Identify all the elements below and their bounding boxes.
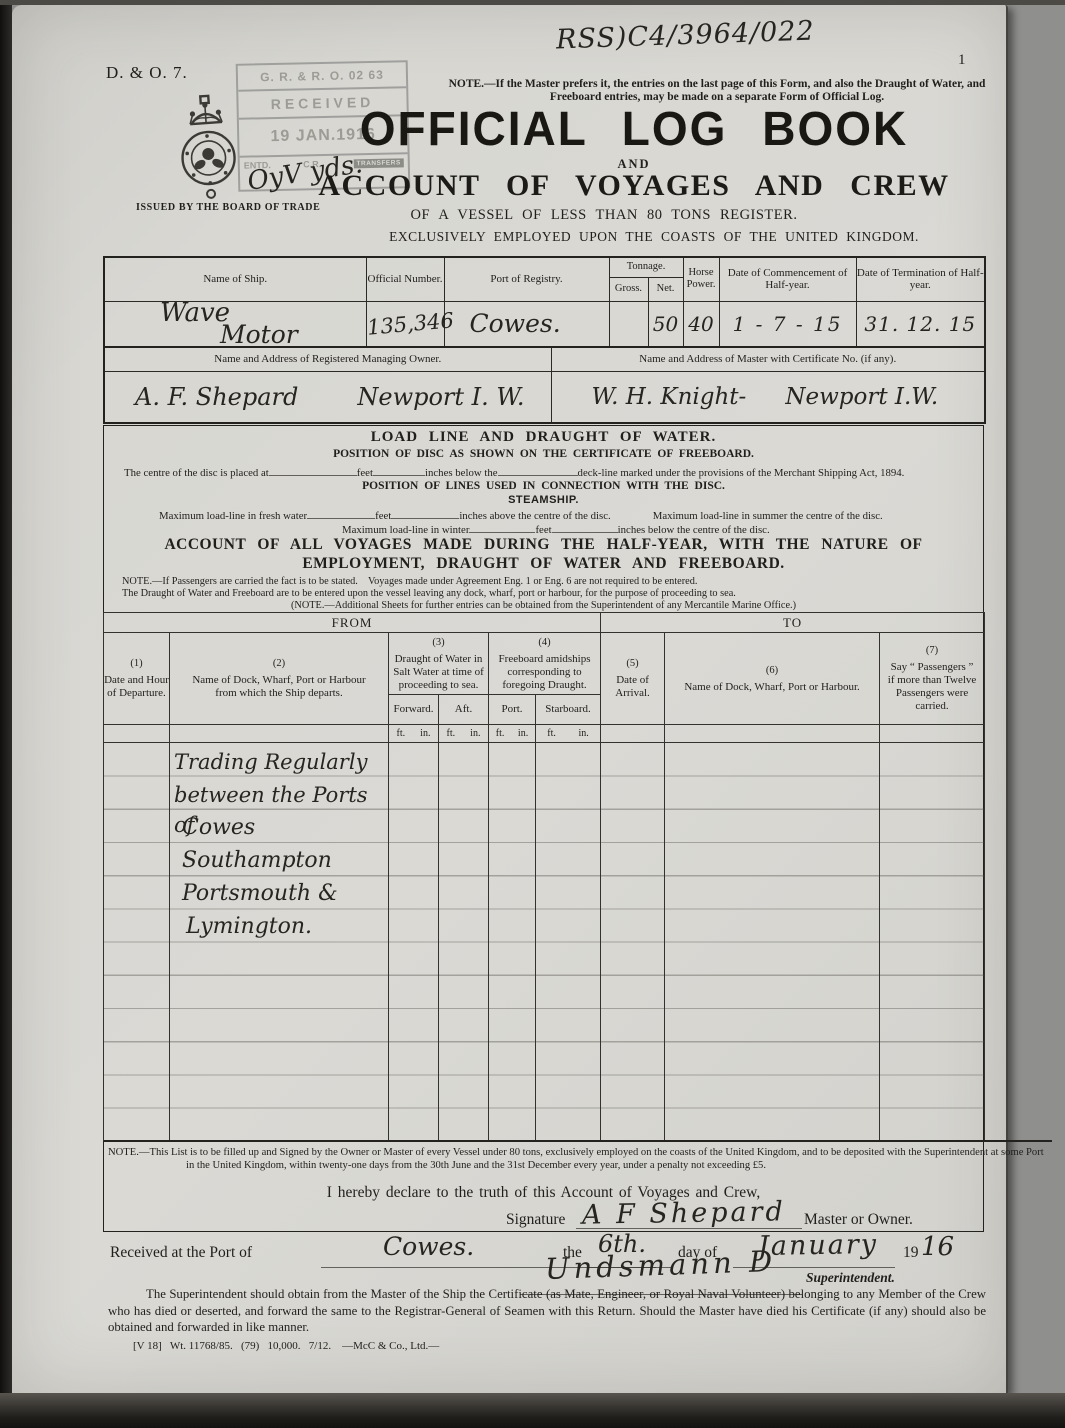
year-written: 16	[921, 1232, 954, 1262]
hdr-date-termination: Date of Termination of Half-year.	[856, 257, 985, 301]
col6-num: (6)	[665, 664, 879, 677]
blank-fresh-inches	[391, 507, 459, 519]
body-starboard	[536, 743, 601, 1141]
date-termination-value: 31. 12. 15	[864, 312, 976, 336]
body-port	[489, 743, 536, 1141]
scan-edge-top	[0, 0, 1065, 5]
master-owner-label: Master or Owner.	[804, 1211, 913, 1229]
body-col2-entry: Trading Regularly between the Ports of C…	[170, 743, 389, 1141]
account-note3: (NOTE.—Additional Sheets for further ent…	[104, 600, 983, 611]
port-header: Port.	[489, 695, 536, 725]
value-port-of-registry: Cowes.	[444, 301, 609, 347]
hdr-name-of-ship: Name of Ship.	[104, 257, 366, 301]
col1-label: Date and Hour of Departure.	[104, 674, 169, 699]
col4-header: (4)Freeboard amidships corresponding to …	[489, 633, 601, 695]
ftin-aft: ft.in.	[439, 725, 489, 743]
blank-inches	[373, 464, 425, 476]
ftin-spacer4	[665, 725, 880, 743]
col2-num: (2)	[190, 657, 368, 670]
centre-pre: The centre of the disc is placed at	[124, 467, 269, 479]
value-date-termination: 31. 12. 15	[856, 301, 985, 347]
col1-num: (1)	[104, 657, 169, 670]
subtitle: ACCOUNT OF VOYAGES AND CREW	[258, 169, 1010, 203]
hdr-horse-power: Horse Power.	[683, 257, 719, 301]
page-number: 1	[958, 52, 966, 69]
blank-winter-inches	[552, 521, 618, 533]
col5-header: (5)Date of Arrival.	[601, 633, 665, 725]
loadline-title: LOAD LINE AND DRAUGHT OF WATER.	[104, 429, 983, 446]
blank-fresh-feet	[307, 507, 375, 519]
in-label: in.	[470, 728, 480, 739]
voyage-entry-line: Lymington.	[174, 912, 388, 945]
col3-header: (3)Draught of Water in Salt Water at tim…	[389, 633, 489, 695]
print-footer: [V 18] Wt. 11768/85. (79) 10,000. 7/12. …	[133, 1340, 439, 1352]
voyage-entry-line: between the Ports of	[174, 780, 388, 813]
voyages-section-box: LOAD LINE AND DRAUGHT OF WATER. POSITION…	[103, 425, 984, 1232]
hdr-gross: Gross.	[609, 277, 648, 301]
feet-label: feet	[357, 467, 373, 479]
in-label: in.	[578, 728, 588, 739]
body-col1	[104, 743, 170, 1141]
account-title1: ACCOUNT OF ALL VOYAGES MADE DURING THE H…	[104, 536, 983, 554]
hdr-managing-owner: Name and Address of Registered Managing …	[104, 347, 551, 371]
hdr-master-certificate: Name and Address of Master with Certific…	[551, 347, 985, 371]
col4-label: Freeboard amidships corresponding to for…	[499, 653, 591, 691]
ship-details-table: Name of Ship. Official Number. Port of R…	[103, 256, 986, 348]
col7-header: (7)Say “ Passengers ” if more than Twelv…	[880, 633, 985, 725]
voyage-entry-line: Cowes	[174, 813, 388, 846]
loadline-pos-disc: POSITION OF DISC AS SHOWN ON THE CERTIFI…	[104, 448, 983, 460]
subtitle-line3: EXCLUSIVELY EMPLOYED UPON THE COASTS OF …	[298, 229, 1010, 245]
account-title2: EMPLOYMENT, DRAUGHT OF WATER AND FREEBOA…	[104, 555, 983, 573]
year-printed: 19	[903, 1244, 919, 1262]
superintendent-label: Superintendent.	[806, 1270, 895, 1286]
value-gross-tonnage	[609, 301, 648, 347]
scan-edge-left	[0, 0, 12, 1428]
body-aft	[439, 743, 489, 1141]
ftin-spacer1	[104, 725, 170, 743]
ftin-port: ft.in.	[489, 725, 536, 743]
col2-label: Name of Dock, Wharf, Port or Harbour fro…	[192, 674, 365, 699]
winter-pre: Maximum load-line in winter	[342, 524, 469, 536]
winter-post: inches below the centre of the disc.	[618, 524, 770, 536]
stamp-office-line: G. R. & R. O. 02 63	[238, 62, 407, 92]
body-col6	[665, 743, 880, 1141]
horse-power-value: 40	[688, 312, 713, 336]
starboard-header: Starboard.	[536, 695, 601, 725]
deck-line-label: deck-line marked under the provisions of…	[578, 467, 905, 479]
date-commencement-value: 1 - 7 - 15	[733, 312, 843, 336]
ft-label: ft.	[397, 728, 406, 739]
col7-num: (7)	[886, 644, 978, 657]
in-label: in.	[420, 728, 430, 739]
body-forward	[389, 743, 439, 1141]
owner-master-table: Name and Address of Registered Managing …	[103, 346, 986, 424]
col5-label: Date of Arrival.	[615, 674, 650, 699]
owner-address-value: Newport I. W.	[357, 383, 524, 411]
loadline-centre-line: The centre of the disc is placed at feet…	[124, 464, 904, 479]
ft-label: ft.	[496, 728, 505, 739]
inches-below-label: inches below the	[425, 467, 498, 479]
value-official-number: 135,346	[366, 301, 444, 347]
col4-num: (4)	[489, 636, 600, 649]
received-port-value: Cowes.	[383, 1232, 474, 1261]
received-line: Received at the Port of Cowes. the 6th. …	[103, 1238, 984, 1268]
in-label: in.	[518, 728, 528, 739]
voyage-entry-line: Southampton	[174, 846, 388, 879]
port-of-registry-value: Cowes.	[470, 309, 561, 338]
closing-paragraph: The Superintendent should obtain from th…	[108, 1286, 986, 1336]
blank-deckline	[498, 464, 578, 476]
to-header: TO	[601, 613, 985, 633]
loadline-fresh-line: Maximum load-line in fresh water feet in…	[159, 507, 883, 522]
col7-label: Say “ Passengers ” if more than Twelve P…	[888, 661, 977, 712]
hdr-official-number: Official Number.	[366, 257, 444, 301]
aft-header: Aft.	[439, 695, 489, 725]
scan-edge-bottom	[0, 1393, 1065, 1428]
signature-value: A F Shepard	[582, 1196, 786, 1231]
blank-feet	[269, 464, 357, 476]
winter-feet-label: feet	[535, 524, 551, 536]
ftin-spacer3	[601, 725, 665, 743]
body-col5	[601, 743, 665, 1141]
value-horse-power: 40	[683, 301, 719, 347]
board-of-trade-crest-icon	[172, 94, 244, 211]
from-header: FROM	[104, 613, 601, 633]
loadline-pos-lines: POSITION OF LINES USED IN CONNECTION WIT…	[104, 480, 983, 492]
value-date-commencement: 1 - 7 - 15	[719, 301, 856, 347]
net-tonnage-value: 50	[653, 312, 678, 336]
col3-label: Draught of Water in Salt Water at time o…	[393, 653, 484, 691]
steamship-label: STEAMSHIP.	[104, 494, 983, 506]
ftin-spacer5	[880, 725, 985, 743]
blank-winter-feet	[469, 521, 535, 533]
hdr-tonnage: Tonnage.	[609, 257, 683, 277]
value-net-tonnage: 50	[648, 301, 683, 347]
declaration-text: I hereby declare to the truth of this Ac…	[104, 1184, 983, 1202]
ft-label: ft.	[547, 728, 556, 739]
account-note1: NOTE.—If Passengers are carried the fact…	[122, 576, 967, 587]
loadline-winter-line: Maximum load-line in winter feet inches …	[342, 521, 770, 536]
main-title: OFFICIAL LOG BOOK	[278, 100, 990, 157]
forward-header: Forward.	[389, 695, 439, 725]
col5-num: (5)	[601, 657, 664, 670]
owner-name-value: A. F. Shepard	[135, 383, 298, 411]
value-master: W. H. Knight- Newport I.W.	[551, 371, 985, 423]
signature-label: Signature	[506, 1211, 565, 1229]
fresh-pre: Maximum load-line in fresh water	[159, 510, 307, 522]
scanned-log-book-page: D. & O. 7. RSS)C4/3964/022 1 G. R. & R. …	[0, 0, 1065, 1428]
master-name-value: W. H. Knight-	[592, 384, 747, 410]
received-pre: Received at the Port of	[110, 1244, 252, 1262]
hdr-port-of-registry: Port of Registry.	[444, 257, 609, 301]
ftin-starboard: ft.in.	[536, 725, 601, 743]
master-address-value: Newport I.W.	[785, 384, 938, 410]
subtitle-line2: OF A VESSEL OF LESS THAN 80 TONS REGISTE…	[228, 207, 980, 224]
voyage-entry-line: Trading Regularly	[174, 747, 388, 780]
hdr-date-commencement: Date of Commencement of Half-year.	[719, 257, 856, 301]
form-code: D. & O. 7.	[106, 63, 188, 83]
voyage-table: FROM TO (1)Date and Hour of Departure. (…	[103, 612, 985, 1141]
col6-header: (6)Name of Dock, Wharf, Port or Harbour.	[665, 633, 880, 725]
value-owner: A. F. Shepard Newport I. W.	[104, 371, 551, 423]
official-number-value: 135,346	[366, 308, 455, 339]
account-note2: The Draught of Water and Freeboard are t…	[122, 588, 967, 599]
col1-header: (1)Date and Hour of Departure.	[104, 633, 170, 725]
body-col7	[880, 743, 985, 1141]
voyage-entry-line: Portsmouth &	[174, 879, 388, 912]
ft-label: ft.	[447, 728, 456, 739]
header-note-line1: NOTE.—If the Master prefers it, the entr…	[443, 78, 991, 91]
deposit-note: NOTE.—This List is to be filled up and S…	[104, 1140, 1052, 1172]
col6-label: Name of Dock, Wharf, Port or Harbour.	[684, 681, 859, 693]
ftin-forward: ft.in.	[389, 725, 439, 743]
col2-header: (2)Name of Dock, Wharf, Port or Harbour …	[170, 633, 389, 725]
value-ship-name: Wave Motor	[104, 301, 366, 347]
ftin-spacer2	[170, 725, 389, 743]
hdr-net: Net.	[648, 277, 683, 301]
col3-num: (3)	[389, 636, 488, 649]
